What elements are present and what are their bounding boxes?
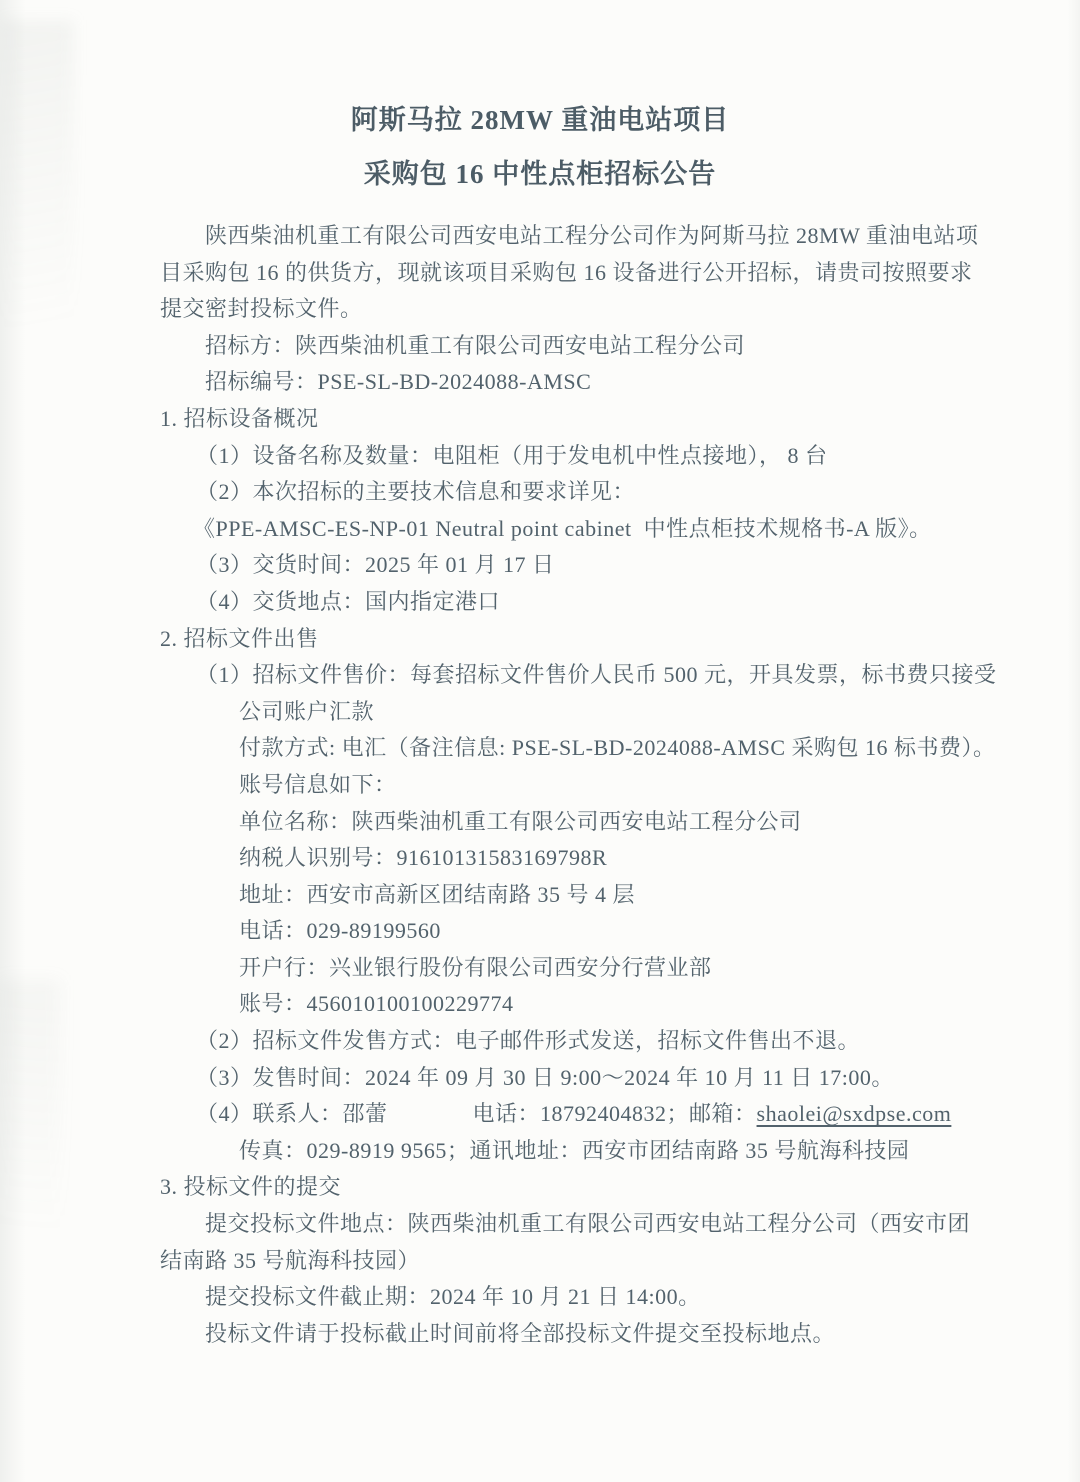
text-run: 3. 投标文件的提交: [160, 1174, 341, 1199]
text-run: 账号信息如下：: [239, 772, 397, 797]
text-run: 提交投标文件地点：陕西柴油机重工有限公司西安电站工程分公司（西安市团: [205, 1211, 970, 1236]
text-run: 目采购包 16 的供货方，现就该项目采购包 16 设备进行公开招标，请贵司按照要…: [160, 260, 973, 285]
document-line: 投标文件请于投标截止时间前将全部投标文件提交至投标地点。: [205, 1316, 970, 1353]
document-line: 单位名称：陕西柴油机重工有限公司西安电站工程分公司: [239, 804, 970, 841]
document-line: 目采购包 16 的供货方，现就该项目采购包 16 设备进行公开招标，请贵司按照要…: [160, 255, 970, 292]
document-line: 3. 投标文件的提交: [160, 1169, 970, 1206]
document-page: 阿斯马拉 28MW 重油电站项目 采购包 16 中性点柜招标公告 陕西柴油机重工…: [0, 0, 1080, 1482]
text-run: 2. 招标文件出售: [160, 626, 319, 651]
scan-artifact-right-edge: [1066, 0, 1080, 1482]
document-line: （4）联系人：邵蕾电话：18792404832；邮箱：shaolei@sxdps…: [196, 1096, 970, 1133]
text-run: 结南路 35 号航海科技园）: [160, 1248, 420, 1273]
text-run: 投标文件请于投标截止时间前将全部投标文件提交至投标地点。: [205, 1321, 835, 1346]
text-run: 付款方式: 电汇（备注信息: PSE-SL-BD-2024088-AMSC 采购…: [239, 735, 996, 760]
document-line: （2）招标文件发售方式：电子邮件形式发送，招标文件售出不退。: [196, 1023, 970, 1060]
document-line: （4）交货地点：国内指定港口: [196, 584, 970, 621]
text-run: （4）交货地点：国内指定港口: [196, 589, 500, 614]
text-run: （2）招标文件发售方式：电子邮件形式发送，招标文件售出不退。: [196, 1028, 860, 1053]
text-run: 电话：029-89199560: [239, 918, 441, 943]
document-line: （3）发售时间：2024 年 09 月 30 日 9:00～2024 年 10 …: [196, 1060, 970, 1097]
document-line: 提交密封投标文件。: [160, 291, 970, 328]
text-run: 提交投标文件截止期：2024 年 10 月 21 日 14:00。: [205, 1284, 701, 1309]
document-line: （1）设备名称及数量：电阻柜（用于发电机中性点接地）， 8 台: [196, 438, 970, 475]
text-run: （1）设备名称及数量：电阻柜（用于发电机中性点接地）， 8 台: [196, 443, 828, 468]
scan-artifact-left-edge: [0, 0, 30, 1482]
text-run: 招标方：陕西柴油机重工有限公司西安电站工程分公司: [205, 333, 745, 358]
document-line: （3）交货时间：2025 年 01 月 17 日: [196, 547, 970, 584]
text-run: 地址：西安市高新区团结南路 35 号 4 层: [239, 882, 635, 907]
text-run: 电话：18792404832；邮箱：: [473, 1101, 757, 1126]
document-line: （1）招标文件售价：每套招标文件售价人民币 500 元，开具发票，标书费只接受: [196, 657, 970, 694]
document-line: 开户行：兴业银行股份有限公司西安分行营业部: [239, 950, 970, 987]
document-line: 提交投标文件地点：陕西柴油机重工有限公司西安电站工程分公司（西安市团: [205, 1206, 970, 1243]
document-line: 账号信息如下：: [239, 767, 970, 804]
text-run: 单位名称：陕西柴油机重工有限公司西安电站工程分公司: [239, 809, 802, 834]
document-title: 阿斯马拉 28MW 重油电站项目: [0, 100, 1080, 140]
document-line: 公司账户汇款: [239, 694, 970, 731]
text-run: 陕西柴油机重工有限公司西安电站工程分公司作为阿斯马拉 28MW 重油电站项: [205, 223, 978, 248]
text-run: 提交密封投标文件。: [160, 296, 363, 321]
document-line: 传真：029-8919 9565；通讯地址：西安市团结南路 35 号航海科技园: [239, 1133, 970, 1170]
text-run: 《PPE-AMSC-ES-NP-01 Neutral point cabinet…: [193, 516, 932, 541]
document-line: 《PPE-AMSC-ES-NP-01 Neutral point cabinet…: [193, 511, 970, 548]
document-line: 付款方式: 电汇（备注信息: PSE-SL-BD-2024088-AMSC 采购…: [239, 730, 970, 767]
scan-artifact-streak-bottom: [0, 980, 60, 1400]
text-run: （3）发售时间：2024 年 09 月 30 日 9:00～2024 年 10 …: [196, 1065, 894, 1090]
document-line: 陕西柴油机重工有限公司西安电站工程分公司作为阿斯马拉 28MW 重油电站项: [205, 218, 970, 255]
document-line: 2. 招标文件出售: [160, 621, 970, 658]
document-subtitle: 采购包 16 中性点柜招标公告: [0, 154, 1080, 194]
email-link[interactable]: shaolei@sxdpse.com: [757, 1101, 952, 1126]
document-line: 招标方：陕西柴油机重工有限公司西安电站工程分公司: [205, 328, 970, 365]
text-run: 公司账户汇款: [239, 699, 374, 724]
text-run: 传真：029-8919 9565；通讯地址：西安市团结南路 35 号航海科技园: [239, 1138, 909, 1163]
document-line: 提交投标文件截止期：2024 年 10 月 21 日 14:00。: [205, 1279, 970, 1316]
text-run: （2）本次招标的主要技术信息和要求详见：: [196, 479, 635, 504]
document-line: 纳税人识别号：91610131583169798R: [239, 840, 970, 877]
document-header: 阿斯马拉 28MW 重油电站项目 采购包 16 中性点柜招标公告: [0, 0, 1080, 194]
text-run: 1. 招标设备概况: [160, 406, 319, 431]
document-line: 1. 招标设备概况: [160, 401, 970, 438]
document-line: （2）本次招标的主要技术信息和要求详见：: [196, 474, 970, 511]
text-run: 纳税人识别号：91610131583169798R: [239, 845, 607, 870]
text-run: 招标编号：PSE-SL-BD-2024088-AMSC: [205, 369, 591, 394]
document-line: 账号：456010100100229774: [239, 986, 970, 1023]
text-run: （4）联系人：邵蕾: [196, 1101, 388, 1126]
document-line: 地址：西安市高新区团结南路 35 号 4 层: [239, 877, 970, 914]
document-line: 结南路 35 号航海科技园）: [160, 1243, 970, 1280]
document-line: 电话：029-89199560: [239, 913, 970, 950]
document-body: 陕西柴油机重工有限公司西安电站工程分公司作为阿斯马拉 28MW 重油电站项目采购…: [160, 218, 970, 1352]
text-run: 开户行：兴业银行股份有限公司西安分行营业部: [239, 955, 712, 980]
text-run: 账号：456010100100229774: [239, 991, 514, 1016]
text-run: （1）招标文件售价：每套招标文件售价人民币 500 元，开具发票，标书费只接受: [196, 662, 997, 687]
document-line: 招标编号：PSE-SL-BD-2024088-AMSC: [205, 364, 970, 401]
text-run: （3）交货时间：2025 年 01 月 17 日: [196, 552, 555, 577]
